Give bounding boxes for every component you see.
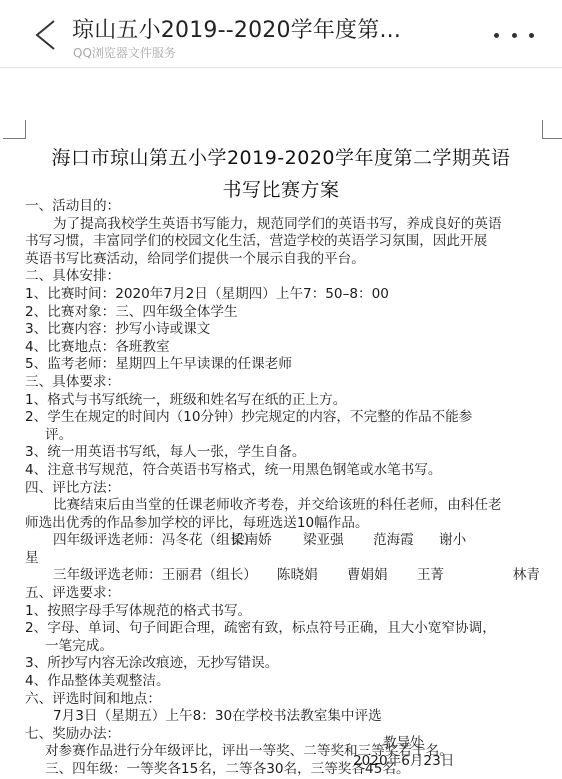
- section-heading: 二、具体安排：: [25, 268, 540, 286]
- app-header: 琼山五小2019--2020学年度第... QQ浏览器文件服务: [0, 0, 562, 68]
- judge-name: 范海霞: [373, 532, 439, 550]
- paragraph-line: 书写习惯，丰富同学们的校园文化生活，营造学校的英语学习氛围，因此开展: [25, 233, 540, 251]
- back-button[interactable]: [30, 18, 60, 52]
- list-item: 1、按照字母手写体规范的格式书写。: [25, 603, 540, 621]
- list-item: 1、格式与书写纸统一，班级和姓名写在纸的正上方。: [25, 392, 540, 410]
- paragraph-line: 为了提高我校学生英语书写能力，规范同学们的英语书写，养成良好的英语: [25, 216, 540, 234]
- dot-icon: [529, 33, 534, 38]
- dot-icon: [494, 33, 499, 38]
- doc-title-line1: 海口市琼山第五小学2019-2020学年度第二学期英语: [0, 143, 562, 170]
- section-heading: 四、评比方法：: [25, 480, 540, 498]
- page-corner-mark-right: [542, 120, 562, 139]
- list-item: 4、作品整体美观整洁。: [25, 673, 540, 691]
- paragraph-line: 7月3日（星期五）上午8：30在学校书法教室集中评选: [25, 708, 540, 726]
- list-item: 3、比赛内容：抄写小诗或课文: [25, 321, 540, 339]
- grade4-judges: 四年级评选老师：冯冬花（组长） 梁南娇 梁亚强 范海霞 谢小: [25, 532, 540, 550]
- grade3-judges: 三年级评选老师：王丽君（组长） 陈晓娟 曹娟娟 王菁 林青: [25, 567, 540, 585]
- document-body: 一、活动目的： 为了提高我校学生英语书写能力，规范同学们的英语书写，养成良好的英…: [25, 198, 540, 779]
- judge-lead: 三年级评选老师：王丽君（组长）: [53, 567, 277, 585]
- document-title: 琼山五小2019--2020学年度第...: [72, 13, 401, 44]
- section-heading: 五、评选要求：: [25, 585, 540, 603]
- list-item-continuation: 一笔完成。: [25, 638, 540, 656]
- list-item: 4、比赛地点：各班教室: [25, 339, 540, 357]
- list-item: 4、注意书写规范，符合英语书写格式，统一用黑色钢笔或水笔书写。: [25, 462, 540, 480]
- paragraph-line: 比赛结束后由当堂的任课老师收齐考卷，并交给该班的科任老师，由科任老: [25, 497, 540, 515]
- judge-name: 曹娟娟: [347, 567, 417, 585]
- page-corner-mark-left: [3, 120, 26, 139]
- more-options-button[interactable]: [494, 28, 534, 42]
- source-label: QQ浏览器文件服务: [73, 44, 176, 61]
- judge-name: 陈晓娟: [277, 567, 347, 585]
- signature-date: 2020年6月23日: [353, 749, 454, 769]
- list-item: 2、字母、单词、句子间距合理，疏密有致，标点符号正确，且大小宽窄协调，: [25, 620, 540, 638]
- paragraph-line: 对参赛作品进行分年级评比，评出一等奖、二等奖和三等奖若干名。: [25, 743, 540, 761]
- list-item: 2、比赛对象：三、四年级全体学生: [25, 304, 540, 322]
- section-heading: 三、具体要求：: [25, 374, 540, 392]
- judge-name: 王菁: [417, 567, 513, 585]
- signature-office: 教导处: [383, 731, 424, 751]
- judge-name-wrap: 星: [25, 550, 540, 568]
- list-item-continuation: 评。: [25, 427, 540, 445]
- paragraph-line: 英语书写比赛活动，给同学们提供一个展示自我的平台。: [25, 251, 540, 269]
- judge-name: 谢小: [439, 532, 466, 550]
- dot-icon: [512, 33, 517, 38]
- judge-name: 梁南娇: [231, 532, 303, 550]
- judge-name: 林青: [513, 567, 540, 585]
- list-item: 3、统一用英语书写纸，每人一张，学生自备。: [25, 444, 540, 462]
- list-item: 2、学生在规定的时间内（10分钟）抄完规定的内容，不完整的作品不能参: [25, 409, 540, 427]
- section-heading: 七、奖励办法：: [25, 726, 540, 744]
- judge-name: 梁亚强: [303, 532, 373, 550]
- list-item: 3、所抄写内容无涂改痕迹，无抄写错误。: [25, 655, 540, 673]
- chevron-left-icon: [30, 18, 60, 52]
- section-heading: 一、活动目的：: [25, 198, 540, 216]
- judge-lead: 四年级评选老师：冯冬花（组长）: [53, 532, 231, 550]
- list-item: 1、比赛时间：2020年7月2日（星期四）上午7：50–8：00: [25, 286, 540, 304]
- section-heading: 六、评选时间和地点：: [25, 691, 540, 709]
- paragraph-line: 师选出优秀的作品参加学校的评比，每班选送10幅作品。: [25, 515, 540, 533]
- paragraph-line: 三、四年级：一等奖各15名，二等各30名，三等奖各45名。: [25, 761, 540, 779]
- list-item: 5、监考老师：星期四上午早读课的任课老师: [25, 356, 540, 374]
